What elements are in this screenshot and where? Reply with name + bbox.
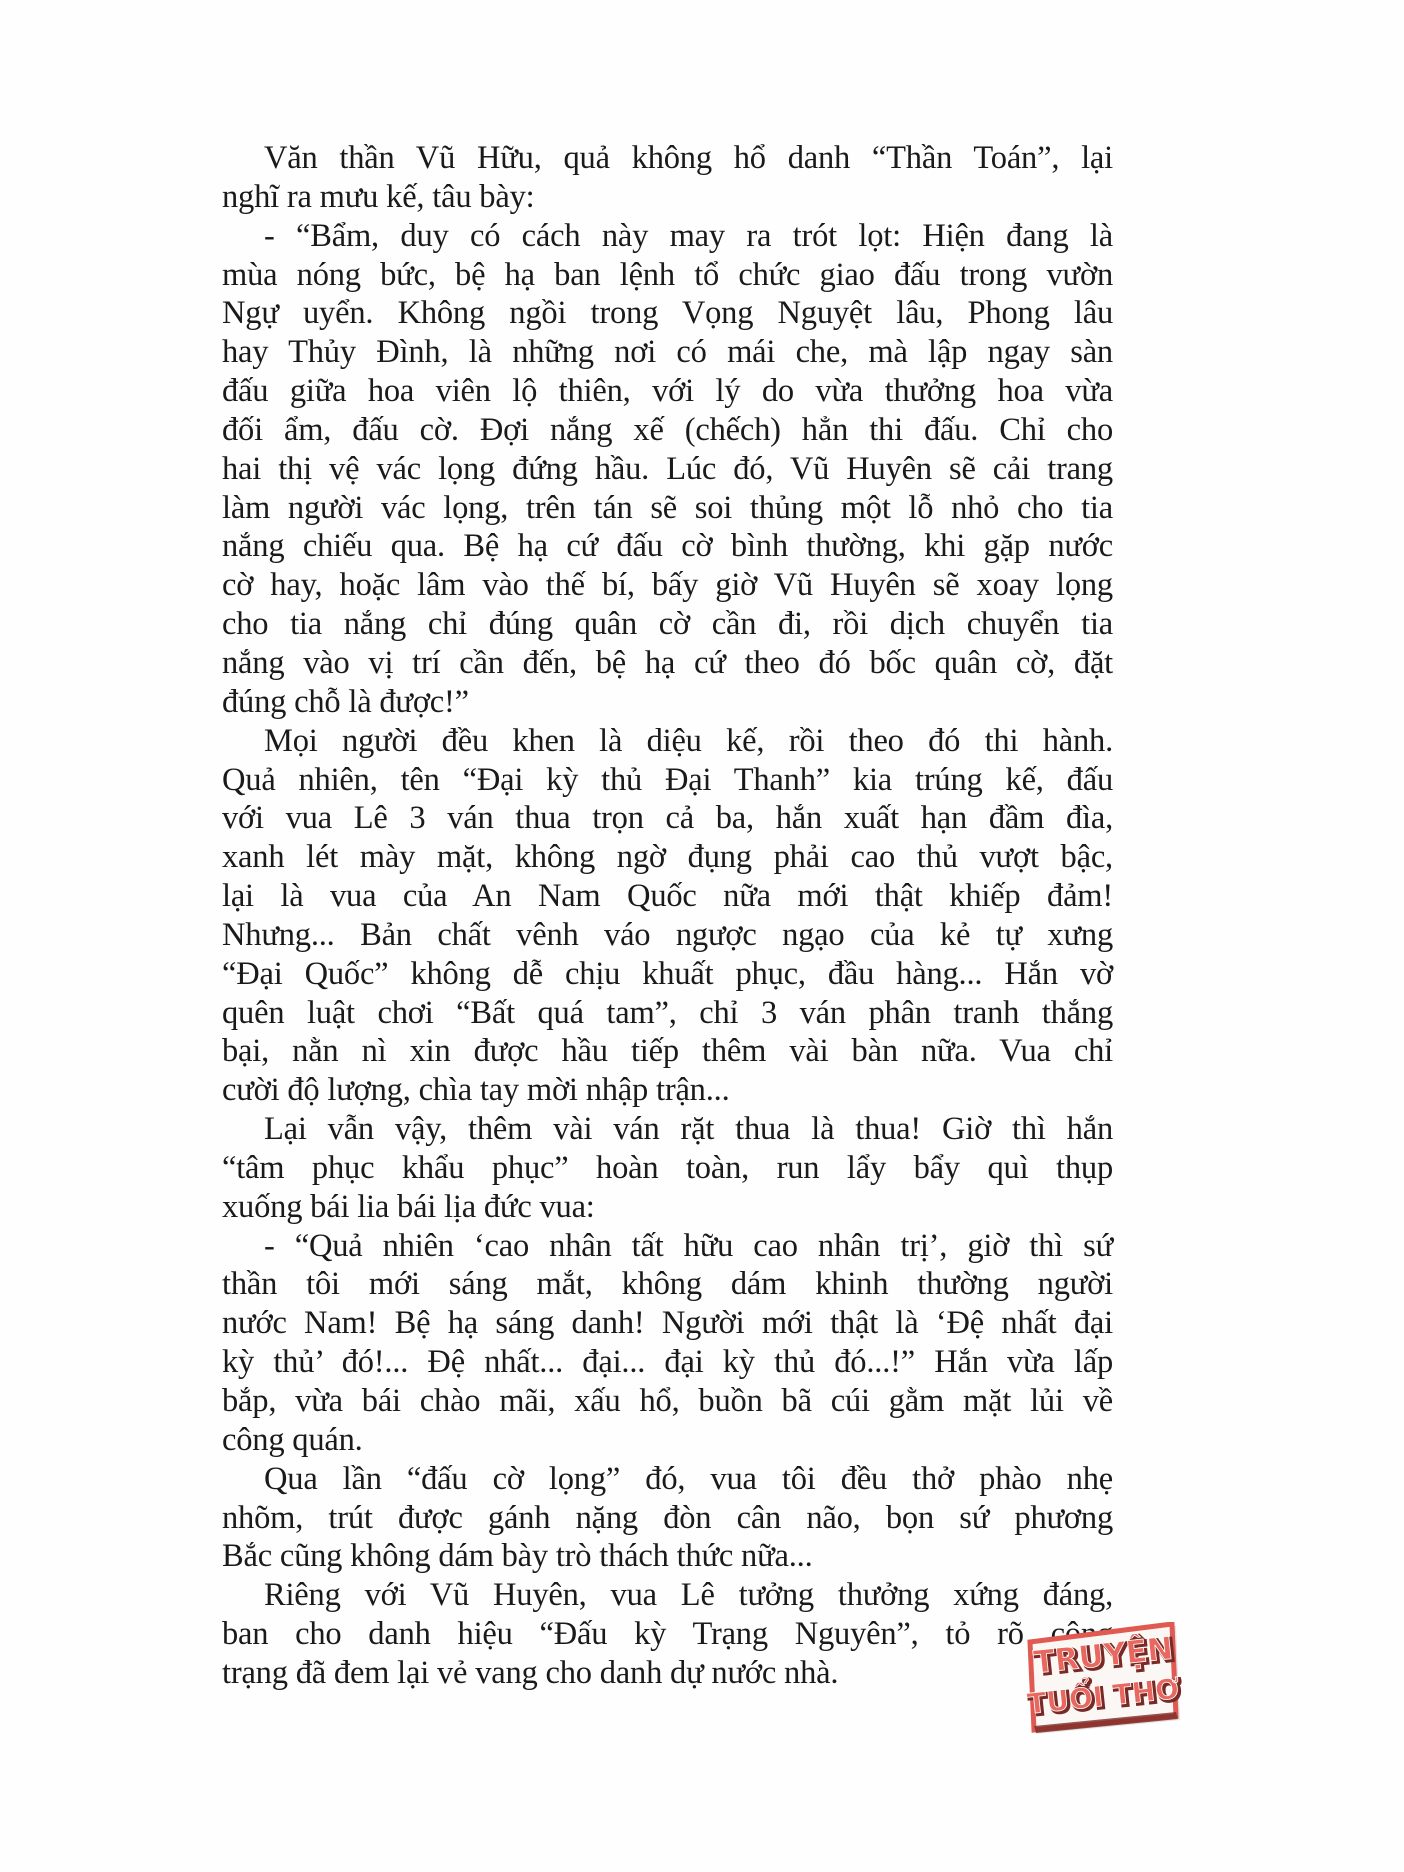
text-line: Văn thần Vũ Hữu, quả không hổ danh “Thần… <box>222 139 1113 178</box>
text-line: xanh lét mày mặt, không ngờ đụng phải ca… <box>222 838 1113 877</box>
text-line: Riêng với Vũ Huyên, vua Lê tưởng thưởng … <box>222 1576 1113 1615</box>
text-line: cho tia nắng chỉ đúng quân cờ cần đi, rồ… <box>222 605 1113 644</box>
text-line: đúng chỗ là được!” <box>222 683 1113 722</box>
text-line: thần tôi mới sáng mắt, không dám khinh t… <box>222 1265 1113 1304</box>
text-line: Nhưng... Bản chất vênh váo ngược ngạo củ… <box>222 916 1113 955</box>
text-line: hai thị vệ vác lọng đứng hầu. Lúc đó, Vũ… <box>222 450 1113 489</box>
text-line: cờ hay, hoặc lâm vào thế bí, bấy giờ Vũ … <box>222 566 1113 605</box>
truyen-tuoi-tho-watermark-logo: TRUYỆN TRUYỆN TUỔI THƠ TUỔI THƠ <box>1022 1622 1182 1737</box>
text-line: nắng chiếu qua. Bệ hạ cứ đấu cờ bình thư… <box>222 527 1113 566</box>
text-line: Lại vẫn vậy, thêm vài ván rặt thua là th… <box>222 1110 1113 1149</box>
text-line: nghĩ ra mưu kế, tâu bày: <box>222 178 1113 217</box>
text-line: với vua Lê 3 ván thua trọn cả ba, hắn xu… <box>222 799 1113 838</box>
book-page: Văn thần Vũ Hữu, quả không hổ danh “Thần… <box>0 0 1404 1872</box>
text-line: Qua lần “đấu cờ lọng” đó, vua tôi đều th… <box>222 1460 1113 1499</box>
text-line: mùa nóng bức, bệ hạ ban lệnh tổ chức gia… <box>222 256 1113 295</box>
text-line: “tâm phục khẩu phục” hoàn toàn, run lẩy … <box>222 1149 1113 1188</box>
text-line: - “Quả nhiên ‘cao nhân tất hữu cao nhân … <box>222 1227 1113 1266</box>
text-line: bại, nằn nì xin được hầu tiếp thêm vài b… <box>222 1032 1113 1071</box>
text-line: đấu giữa hoa viên lộ thiên, với lý do vừ… <box>222 372 1113 411</box>
text-line: Quả nhiên, tên “Đại kỳ thủ Đại Thanh” ki… <box>222 761 1113 800</box>
watermark-badge-icon: TRUYỆN TRUYỆN TUỔI THƠ TUỔI THƠ <box>1022 1622 1182 1737</box>
text-line: nắng vào vị trí cần đến, bệ hạ cứ theo đ… <box>222 644 1113 683</box>
text-line: lại là vua của An Nam Quốc nữa mới thật … <box>222 877 1113 916</box>
text-line: quên luật chơi “Bất quá tam”, chỉ 3 ván … <box>222 994 1113 1033</box>
text-line: nước Nam! Bệ hạ sáng danh! Người mới thậ… <box>222 1304 1113 1343</box>
text-line: kỳ thủ’ đó!... Đệ nhất... đại... đại kỳ … <box>222 1343 1113 1382</box>
text-line: nhõm, trút được gánh nặng đòn cân não, b… <box>222 1499 1113 1538</box>
text-line: đối ẩm, đấu cờ. Đợi nắng xế (chếch) hẳn … <box>222 411 1113 450</box>
text-line: Bắc cũng không dám bày trò thách thức nữ… <box>222 1537 1113 1576</box>
body-text: Văn thần Vũ Hữu, quả không hổ danh “Thần… <box>222 139 1113 1693</box>
text-line: trạng đã đem lại vẻ vang cho danh dự nướ… <box>222 1654 1113 1693</box>
text-line: ban cho danh hiệu “Đấu kỳ Trạng Nguyên”,… <box>222 1615 1113 1654</box>
text-line: bắp, vừa bái chào mãi, xấu hổ, buồn bã c… <box>222 1382 1113 1421</box>
text-line: làm người vác lọng, trên tán sẽ soi thủn… <box>222 489 1113 528</box>
text-line: Mọi người đều khen là diệu kế, rồi theo … <box>222 722 1113 761</box>
text-line: xuống bái lia bái lịa đức vua: <box>222 1188 1113 1227</box>
text-line: hay Thủy Đình, là những nơi có mái che, … <box>222 333 1113 372</box>
text-line: công quán. <box>222 1421 1113 1460</box>
text-line: - “Bẩm, duy có cách này may ra trót lọt:… <box>222 217 1113 256</box>
text-line: cười độ lượng, chìa tay mời nhập trận... <box>222 1071 1113 1110</box>
text-line: “Đại Quốc” không dễ chịu khuất phục, đầu… <box>222 955 1113 994</box>
text-line: Ngự uyển. Không ngồi trong Vọng Nguyệt l… <box>222 294 1113 333</box>
